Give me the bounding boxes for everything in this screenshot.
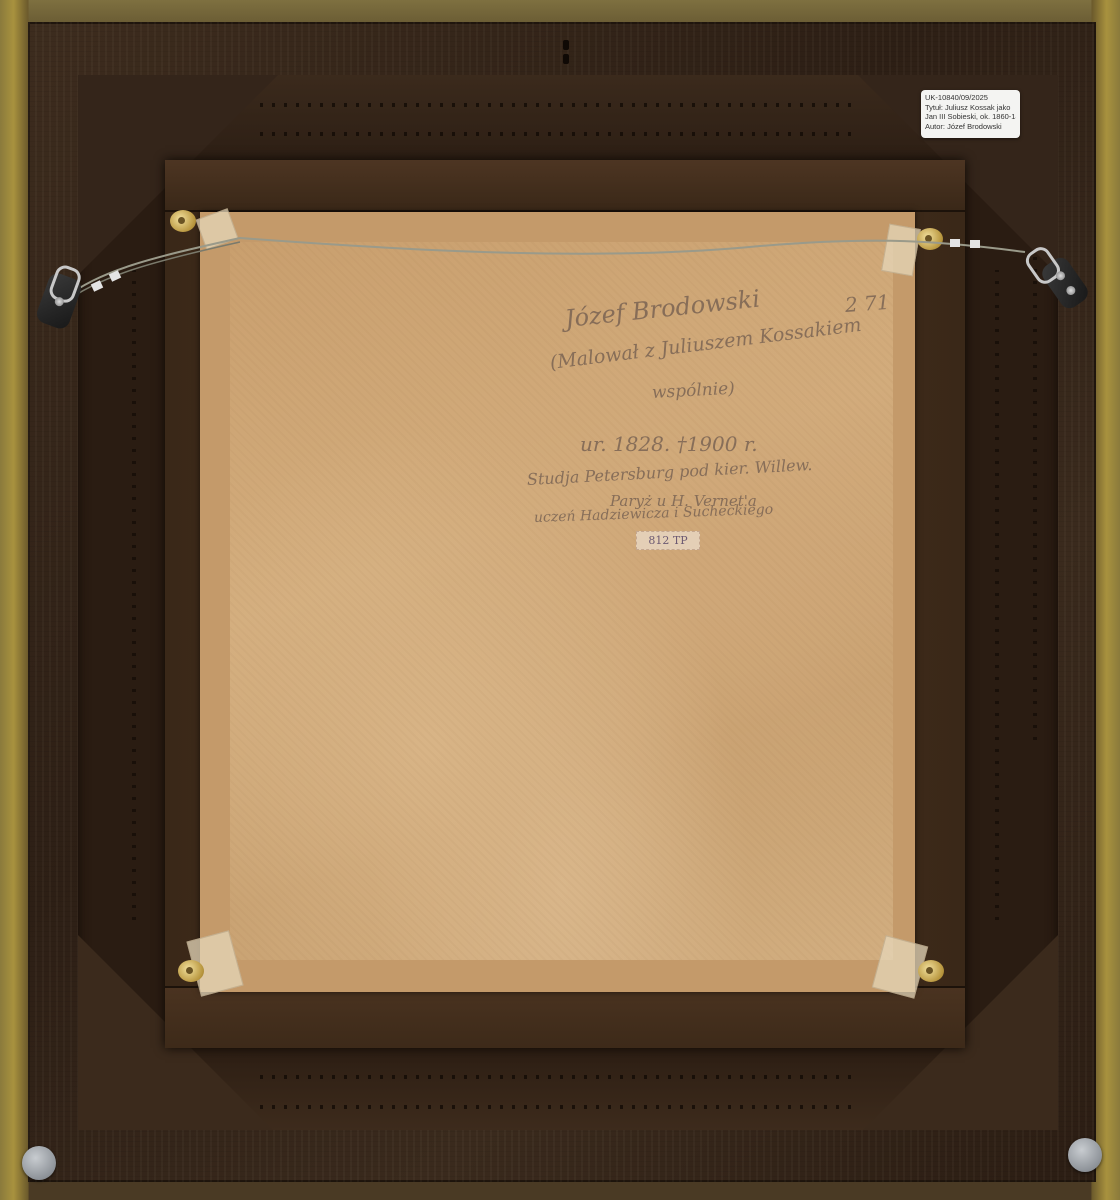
frame-screw-hole bbox=[563, 40, 569, 50]
inventory-stamp: 812 TP bbox=[636, 531, 700, 550]
screw-icon bbox=[1065, 284, 1078, 297]
felt-pad-bottom-right bbox=[1068, 1138, 1102, 1172]
nail-holes-bottom bbox=[260, 1105, 860, 1109]
frame-screw-hole bbox=[563, 54, 569, 64]
inscription-corner-mark: 2 71 bbox=[844, 290, 890, 317]
nail-holes-top bbox=[260, 132, 860, 136]
nail-holes-top bbox=[260, 103, 860, 107]
label-title-cont: Jan III Sobieski, ok. 1860-1880 bbox=[925, 112, 1016, 122]
nail-holes-left bbox=[132, 270, 136, 920]
inscription-line: ur. 1828. †1900 r. bbox=[580, 432, 758, 456]
brass-turnbutton bbox=[170, 210, 196, 232]
brass-turnbutton bbox=[178, 960, 204, 982]
label-author: Autor: Józef Brodowski bbox=[925, 122, 1016, 132]
label-title: Tytuł: Juliusz Kossak jako bbox=[925, 103, 1016, 113]
brass-turnbutton bbox=[917, 228, 943, 250]
nail-holes-right bbox=[995, 270, 999, 920]
label-inventory-number: UK-10840/09/2025 bbox=[925, 93, 1016, 103]
felt-pad-bottom-left bbox=[22, 1146, 56, 1180]
museum-label: UK-10840/09/2025 Tytuł: Juliusz Kossak j… bbox=[921, 90, 1020, 138]
painting-back-scene: Józef Brodowski 2 71 (Malował z Juliusze… bbox=[0, 0, 1120, 1200]
nail-holes-bottom bbox=[260, 1075, 860, 1079]
brass-turnbutton bbox=[918, 960, 944, 982]
